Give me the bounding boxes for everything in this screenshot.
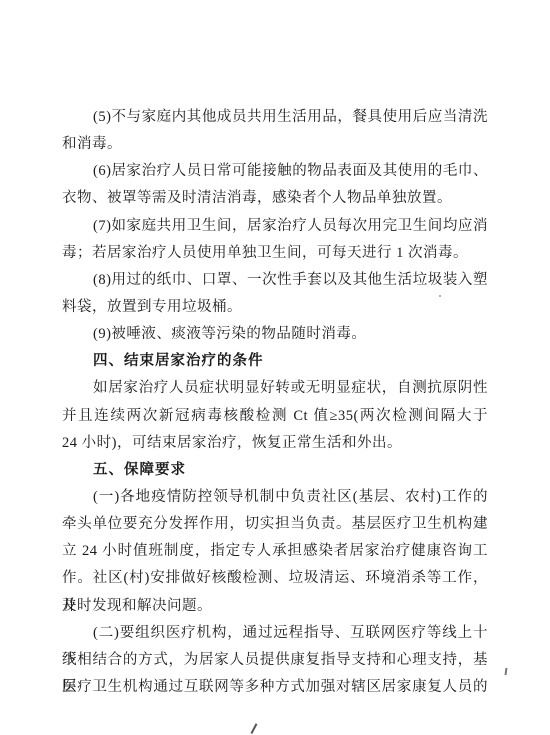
text-line: 作。社区(村)安排做好核酸检测、垃圾清运、环境消杀等工作，并 <box>62 565 488 592</box>
text-line: 牵头单位要充分发挥作用，切实担当负责。基层医疗卫生机构建 <box>62 511 488 538</box>
text-line: 医疗卫生机构通过互联网等多种方式加强对辖区居家康复人员的 <box>62 674 488 701</box>
text-line: 料袋，放置到专用垃圾桶。 <box>62 294 488 321</box>
text-line: 及时发现和解决问题。 <box>62 593 488 620</box>
text-line: 五、保障要求 <box>62 457 488 484</box>
text-line: (7)如家庭共用卫生间，居家治疗人员每次用完卫生间均应消 <box>62 213 488 240</box>
text-line: 和消毒。 <box>62 131 488 158</box>
text-line: (一)各地疫情防控领导机制中负责社区(基层、农村)工作的 <box>62 484 488 511</box>
scan-artifact-slash <box>251 723 257 733</box>
text-line: (5)不与家庭内其他成员共用生活用品，餐具使用后应当清洗 <box>62 104 488 131</box>
text-line: (6)居家治疗人员日常可能接触的物品表面及其使用的毛巾、 <box>62 158 488 185</box>
scan-artifact-tick <box>505 668 508 675</box>
text-line: 24 小时)，可结束居家治疗，恢复正常生活和外出。 <box>62 430 488 457</box>
text-line: (二)要组织医疗机构，通过远程指导、互联网医疗等线上十线 <box>62 620 488 647</box>
text-line: 并且连续两次新冠病毒核酸检测 Ct 值≥35(两次检测间隔大于 <box>62 403 488 430</box>
text-line: 四、结束居家治疗的条件 <box>62 348 488 375</box>
text-line: 毒；若居家治疗人员使用单独卫生间，可每天进行 1 次消毒。 <box>62 240 488 267</box>
document-page: (5)不与家庭内其他成员共用生活用品，餐具使用后应当清洗和消毒。(6)居家治疗人… <box>0 0 550 735</box>
document-body: (5)不与家庭内其他成员共用生活用品，餐具使用后应当清洗和消毒。(6)居家治疗人… <box>62 104 488 701</box>
text-line: (8)用过的纸巾、口罩、一次性手套以及其他生活垃圾装入塑 <box>62 267 488 294</box>
text-line: 如居家治疗人员症状明显好转或无明显症状，自测抗原阴性 <box>62 375 488 402</box>
scan-artifact-speck <box>439 295 441 297</box>
text-line: 衣物、被罩等需及时清洁消毒，感染者个人物品单独放置。 <box>62 185 488 212</box>
text-line: 下相结合的方式，为居家人员提供康复指导支持和心理支持，基层 <box>62 647 488 674</box>
text-line: 立 24 小时值班制度，指定专人承担感染者居家治疗健康咨询工 <box>62 538 488 565</box>
text-line: (9)被唾液、痰液等污染的物品随时消毒。 <box>62 321 488 348</box>
